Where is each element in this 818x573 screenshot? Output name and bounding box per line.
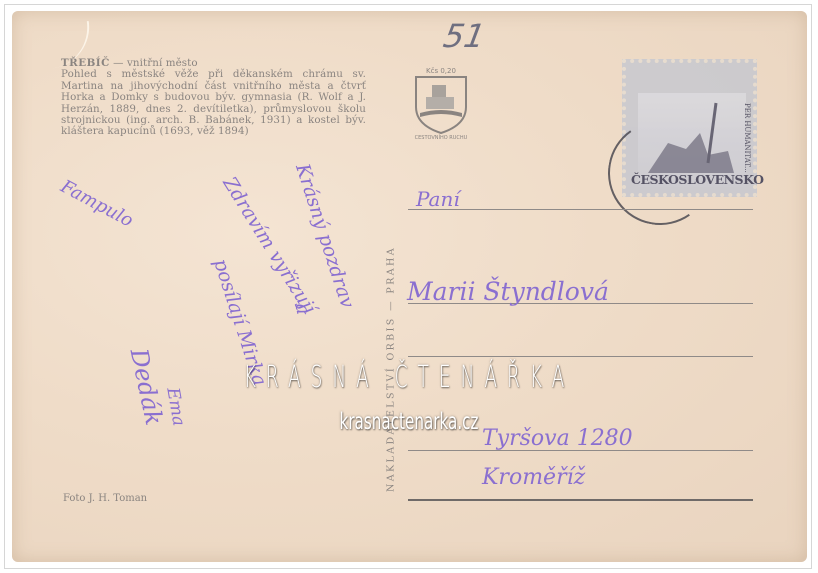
stamp-motto: PER HUMANITAT... xyxy=(743,103,751,173)
printed-caption: TŘEBÍČ — vnitřní město Pohled s městské … xyxy=(61,58,366,138)
catalog-number: 51 xyxy=(441,17,488,55)
address-line-5 xyxy=(408,499,753,501)
address-name: Marii Štyndlová xyxy=(407,277,609,306)
address-salutation: Paní xyxy=(416,187,460,211)
postcard-back: TŘEBÍČ — vnitřní město Pohled s městské … xyxy=(12,11,807,562)
photo-credit: Foto J. H. Toman xyxy=(63,493,147,504)
address-city: Kroměříž xyxy=(482,465,585,490)
address-line-3 xyxy=(408,356,753,357)
message-line: Fampulo xyxy=(57,176,136,232)
svg-text:Kčs 0,20: Kčs 0,20 xyxy=(426,67,456,75)
watermark-brand: KRÁSNÁ ČTENÁŘKA xyxy=(155,360,662,395)
postage-imprint-icon: Kčs 0,20 CESTOVNÍHO RUCHU xyxy=(404,63,478,141)
caption-body: Pohled s městské věže při děkanském chrá… xyxy=(61,68,366,137)
svg-text:CESTOVNÍHO RUCHU: CESTOVNÍHO RUCHU xyxy=(415,134,468,141)
watermark-site: krasnactenarka.cz xyxy=(139,409,679,435)
